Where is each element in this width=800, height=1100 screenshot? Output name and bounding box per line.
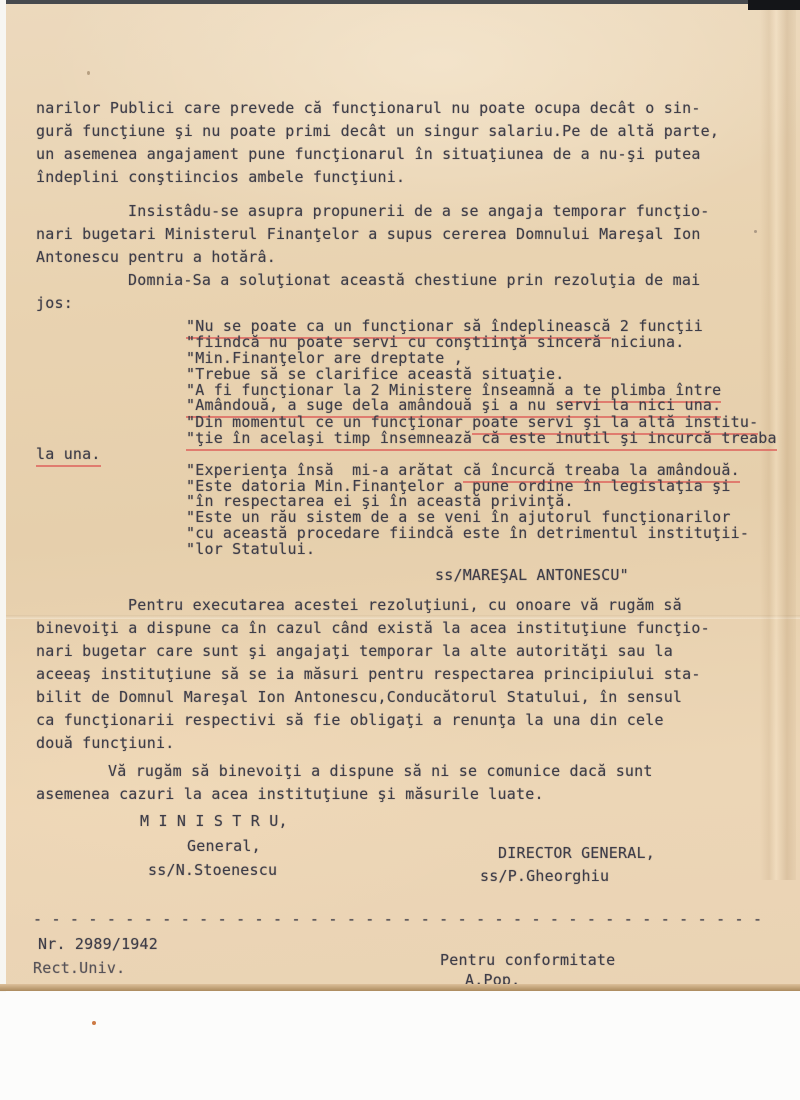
p4-line-2: binevoiţi a dispune ca în cazul când exi… (36, 620, 710, 636)
quote-line-6: "Amândouă, a suge dela amândouă şi a nu … (186, 397, 721, 413)
p3-line-2: jos: (36, 295, 73, 311)
quote-line-2: "fiindcă nu poate servi cu conştiinţă si… (186, 334, 684, 350)
p5-line-2: asemenea cazuri la acea instituţiune şi … (36, 786, 544, 802)
paper-speck (87, 71, 90, 75)
p4-line-6: ca funcţionarii respectivi să fie obliga… (36, 712, 664, 728)
p1-line-3: un asemenea angajament pune funcţionarul… (36, 146, 701, 162)
paper-bottom-edge (0, 984, 800, 991)
p1-line-1: narilor Publici care prevede că funcţion… (36, 100, 701, 116)
director-title: DIRECTOR GENERAL, (498, 845, 655, 861)
p4-line-3: nari bugetar care sunt şi angajaţi tempo… (36, 643, 673, 659)
p5-line-1: Vă rugăm să binevoiţi a dispune să ni se… (108, 763, 653, 779)
quote-line-8-underlined: "ţie în acelaşi timp însemnează că este … (186, 429, 777, 451)
scanner-top-right-corner (748, 0, 800, 10)
minister-title: M I N I S T R U, (140, 813, 288, 829)
scanner-top-edge (0, 0, 800, 4)
scan-background: { "page": { "colors": { "paper": "#e9d3b… (0, 0, 800, 1100)
p1-line-4: îndeplini conştiincios ambele funcţiuni. (36, 169, 405, 185)
p4-line-1: Pentru executarea acestei rezoluţiuni, c… (128, 597, 682, 613)
conformity-label: Pentru conformitate (440, 952, 615, 968)
p2-line-3: Antonescu pentru a hotărâ. (36, 249, 276, 265)
quote-line-1: "Nu se poate ca un funcţionar să îndepli… (186, 318, 703, 334)
paper-speck (92, 1021, 96, 1025)
quote-line-11: "în respectarea ei şi în această privinţ… (186, 493, 574, 509)
p4-line-5: bilit de Domnul Mareşal Ion Antonescu,Co… (36, 689, 682, 705)
quote-line-12: "Este un rău sistem de a se veni în ajut… (186, 509, 731, 525)
minister-signature: ss/N.Stoenescu (148, 862, 277, 878)
reference-number: Nr. 2989/1942 (38, 936, 158, 952)
director-signature: ss/P.Gheorghiu (480, 868, 609, 884)
p2-line-2: nari bugetari Ministerul Finanţelor a su… (36, 226, 701, 242)
minister-rank: General, (187, 838, 261, 854)
department-label: Rect.Univ. (33, 960, 125, 976)
quote-line-7: "Din momentul ce un funcţionar poate ser… (186, 414, 758, 430)
scanner-left-edge (0, 0, 6, 992)
quote-line-8: "ţie în acelaşi timp însemnează că este … (186, 430, 777, 446)
dashed-separator: - - - - - - - - - - - - - - - - - - - - … (33, 911, 762, 927)
resolution-signature: ss/MAREŞAL ANTONESCU" (435, 567, 629, 583)
quote-line-3: "Min.Finanţelor are dreptate , (186, 350, 463, 366)
la-una-underlined: la una. (36, 445, 101, 467)
p2-line-1: Insistâdu-se asupra propunerii de a se a… (128, 203, 710, 219)
quote-line-13: "cu această procedare fiindcă este în de… (186, 525, 749, 541)
paper-speck (754, 230, 757, 233)
p4-line-4: aceeaş instituţiune să se ia măsuri pent… (36, 666, 701, 682)
p3-line-1: Domnia-Sa a soluţionat această chestiune… (128, 272, 700, 288)
quote-continuation-la-una: la una. (36, 446, 101, 462)
p1-line-2: gură funcţiune şi nu poate primi decât u… (36, 123, 719, 139)
quote-line-9: "Experienţa însă mi-a arătat că încurcă … (186, 462, 740, 478)
p4-line-7: două funcţiuni. (36, 735, 174, 751)
quote-line-4: "Trebue să se clarifice această situaţie… (186, 366, 564, 382)
quote-line-14: "lor Statului. (186, 541, 315, 557)
